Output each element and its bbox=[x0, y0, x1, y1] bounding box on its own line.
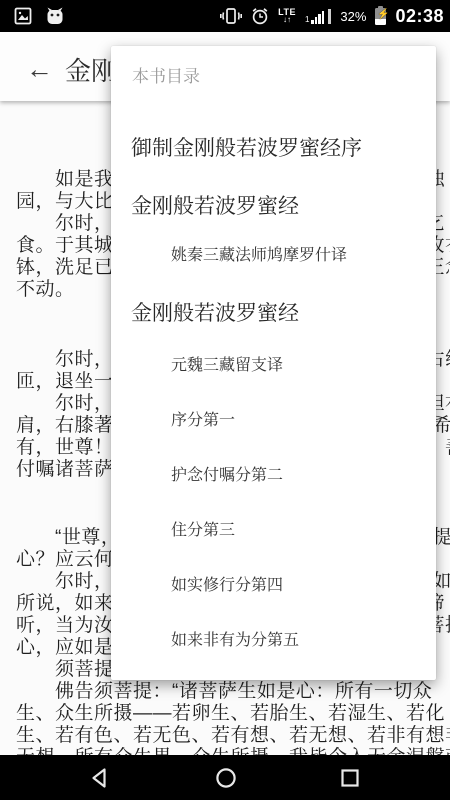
alarm-icon bbox=[251, 7, 269, 25]
status-right-icons: LTE ↓↑ 1 32% ⚡ 02:38 bbox=[220, 6, 444, 27]
toc-item-chapter-5[interactable]: 如来非有为分第五 bbox=[171, 627, 299, 650]
status-clock: 02:38 bbox=[395, 6, 444, 27]
battery-percent: 32% bbox=[340, 9, 366, 24]
body-line: 佛告须菩提：“诸菩萨生如是心：所有一切众 bbox=[16, 681, 434, 703]
android-navbar bbox=[0, 755, 450, 800]
body-line: 生、若有色、若无色、若有想、若无想、若非有想非 bbox=[16, 725, 434, 747]
toc-item-chapter-3[interactable]: 住分第三 bbox=[171, 517, 235, 540]
toc-item-preface[interactable]: 御制金刚般若波罗蜜经序 bbox=[131, 132, 362, 162]
toc-item-translator-1[interactable]: 姚秦三藏法师鸠摩罗什译 bbox=[171, 242, 347, 265]
nav-back-icon[interactable] bbox=[88, 766, 112, 790]
status-left-icons bbox=[6, 7, 65, 25]
toc-item-sutra-2[interactable]: 金刚般若波罗蜜经 bbox=[131, 297, 299, 327]
toc-item-translator-2[interactable]: 元魏三藏留支译 bbox=[171, 352, 283, 375]
battery-charging-icon: ⚡ bbox=[375, 8, 386, 25]
toc-item-chapter-2[interactable]: 护念付嘱分第二 bbox=[171, 462, 283, 485]
toc-item-chapter-1[interactable]: 序分第一 bbox=[171, 407, 235, 430]
toc-popup: 本书目录 御制金刚般若波罗蜜经序 金刚般若波罗蜜经 姚秦三藏法师鸠摩罗什译 金刚… bbox=[111, 46, 436, 680]
nav-home-icon[interactable] bbox=[214, 766, 238, 790]
back-arrow-icon[interactable]: ← bbox=[26, 56, 53, 83]
lte-icon: LTE ↓↑ bbox=[278, 8, 296, 24]
signal-icon: 1 bbox=[305, 9, 331, 24]
toc-item-chapter-4[interactable]: 如实修行分第四 bbox=[171, 572, 283, 595]
vibrate-icon bbox=[220, 8, 242, 24]
toc-item-sutra-1[interactable]: 金刚般若波罗蜜经 bbox=[131, 190, 299, 220]
status-bar: LTE ↓↑ 1 32% ⚡ 02:38 bbox=[0, 0, 450, 32]
bugdroid-icon bbox=[45, 7, 65, 25]
screenshot-icon bbox=[14, 7, 32, 25]
toc-popup-title: 本书目录 bbox=[132, 62, 200, 87]
body-line: 生、众生所摄——若卵生、若胎生、若湿生、若化 bbox=[16, 703, 434, 725]
nav-recents-icon[interactable] bbox=[338, 766, 362, 790]
